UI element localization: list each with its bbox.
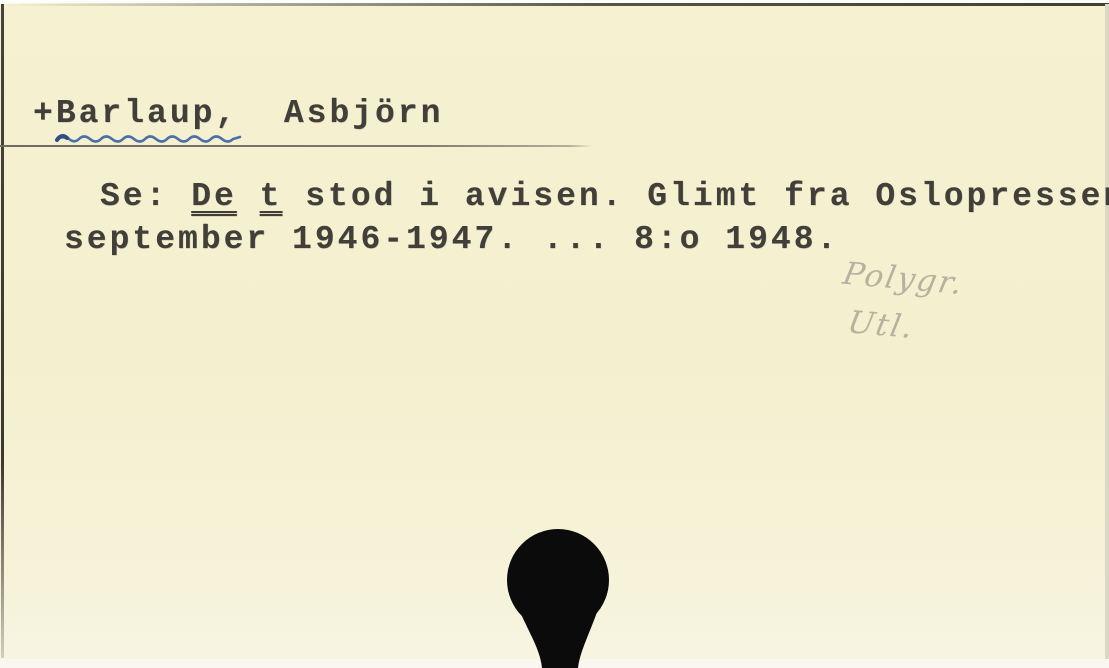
- title-word-gap: [237, 178, 260, 215]
- pencil-note: Polygr.Utl.: [830, 250, 969, 355]
- reference-line-1: Se: De t stod i avisen. Glimt fra Oslopr…: [100, 180, 1109, 213]
- scan-edge-right: [1105, 4, 1109, 660]
- heading-plus-mark: +: [33, 95, 56, 132]
- catalog-card-scan: +Barlaup, Asbjörn Se: De t stod i avisen…: [0, 0, 1109, 668]
- keyhole-punch-hole: [488, 524, 632, 668]
- heading-author-name: Barlaup, Asbjörn: [56, 95, 444, 132]
- reference-title-rest: stod i avisen. Glimt fra Oslopressen: [282, 178, 1109, 215]
- scan-edge-top-shadow: [0, 3, 1109, 6]
- heading-rule: [0, 145, 593, 147]
- scan-edge-left-shadow: [1, 4, 4, 658]
- heading-line: +Barlaup, Asbjörn: [33, 97, 443, 130]
- reference-see-label: Se:: [100, 178, 191, 215]
- underlined-title-word-part2: t: [260, 178, 283, 215]
- pencil-note-line-1: Polygr.: [840, 256, 967, 302]
- underlined-title-word-part1: De: [191, 178, 237, 215]
- wavy-underline: [55, 130, 243, 146]
- reference-line-2: september 1946-1947. ... 8:o 1948.: [64, 223, 839, 256]
